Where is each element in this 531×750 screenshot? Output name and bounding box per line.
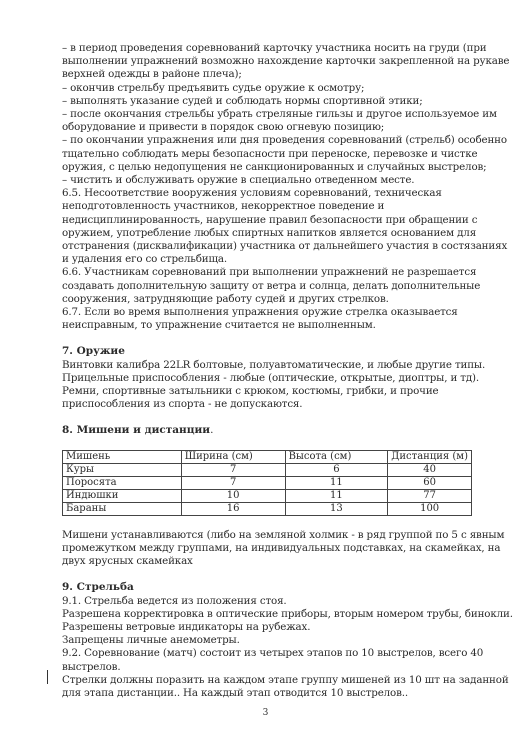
text-line: Прицельные приспособления - любые (оптич… [62,372,482,385]
text-line: – выполнять указание судей и соблюдать н… [62,95,482,108]
text-line: Стрелки должны поразить на каждом этапе … [62,674,482,687]
text-line: Винтовки калибра 22LR болтовые, полуавто… [62,359,482,372]
text-line: двух ярусных скамейках [62,555,482,568]
table-header-cell: Дистанция (м) [388,450,472,463]
table-cell: 10 [181,489,285,502]
section-8-heading-suffix: . [210,424,213,436]
text-line: 6.5. Несоответствие вооружения условиям … [62,187,482,200]
text-line: 9.2. Соревнование (матч) состоит из четы… [62,647,482,660]
table-row: Поросята71160 [63,476,472,489]
text-line: тщательно соблюдать меры безопасности пр… [62,148,482,161]
text-line: верхней одежды в районе плеча); [62,68,482,81]
text-line: отстранения (дисквалификации) участника … [62,240,482,253]
text-line: 6.7. Если во время выполнения упражнения… [62,306,482,319]
text-line: Ремни, спортивные затыльники с крюком, к… [62,385,482,398]
section-8-body: Мишени устанавливаются (либо на земляной… [62,529,482,569]
text-line: Разрешены ветровые индикаторы на рубежах… [62,621,482,634]
table-cell: 77 [388,489,472,502]
text-line: 9.1. Стрельба ведется из положения стоя. [62,595,482,608]
table-cell: 11 [285,476,388,489]
table-cell: 11 [285,489,388,502]
targets-table: МишеньШирина (см)Высота (см)Дистанция (м… [62,450,472,516]
table-cell: Бараны [63,502,182,515]
table-header-cell: Высота (см) [285,450,388,463]
text-line: Мишени устанавливаются (либо на земляной… [62,529,482,542]
table-cell: Поросята [63,476,182,489]
text-line: выполнении упражнений возможно нахождени… [62,55,482,68]
text-line: неисправным, то упражнение считается не … [62,319,482,332]
section-7-body: Винтовки калибра 22LR болтовые, полуавто… [62,359,482,412]
text-line: и удаления его со стрельбища. [62,253,482,266]
text-line: создавать дополнительную защиту от ветра… [62,280,482,293]
table-cell: 6 [285,463,388,476]
document-page: – в период проведения соревнований карто… [62,42,482,700]
text-line: для этапа дистанции.. На каждый этап отв… [62,687,482,700]
text-line: сооружения, затрудняющие работу судей и … [62,293,482,306]
table-row: Бараны1613100 [63,502,472,515]
table-cell: 40 [388,463,472,476]
rules-paragraphs: – в период проведения соревнований карто… [62,42,482,332]
section-9-body: 9.1. Стрельба ведется из положения стоя.… [62,595,482,701]
text-line: оборудование и привести в порядок свою о… [62,121,482,134]
section-9-heading: 9. Стрельба [62,581,482,594]
section-7-heading: 7. Оружие [62,345,482,358]
table-row: Куры7640 [63,463,472,476]
text-line: приспособления из спорта - не допускаютс… [62,398,482,411]
table-cell: 7 [181,476,285,489]
table-cell: 16 [181,502,285,515]
table-cell: Куры [63,463,182,476]
text-line: – после окончания стрельбы убрать стреля… [62,108,482,121]
text-line: Запрещены личные анемометры. [62,634,482,647]
text-line: 6.6. Участникам соревнований при выполне… [62,266,482,279]
table-header-row: МишеньШирина (см)Высота (см)Дистанция (м… [63,450,472,463]
text-line: оружия, с целью недопущения не санкциони… [62,161,482,174]
table-row: Индюшки101177 [63,489,472,502]
text-line: – чистить и обслуживать оружие в специал… [62,174,482,187]
text-line: – в период проведения соревнований карто… [62,42,482,55]
text-line: оружием, употребление любых спиртных нап… [62,227,482,240]
text-line: промежутком между группами, на индивидуа… [62,542,482,555]
text-line: – окончив стрельбу предъявить судье оруж… [62,82,482,95]
text-line: недисциплинированность, нарушение правил… [62,214,482,227]
table-cell: Индюшки [63,489,182,502]
table-cell: 60 [388,476,472,489]
table-header-cell: Ширина (см) [181,450,285,463]
text-line: выстрелов. [62,661,482,674]
text-cursor-mark [47,670,48,684]
section-8-heading: 8. Мишени и дистанции. [62,424,482,437]
table-cell: 13 [285,502,388,515]
table-header-cell: Мишень [63,450,182,463]
text-line: неподготовленность участников, некоррект… [62,200,482,213]
section-8-heading-text: 8. Мишени и дистанции [62,424,210,436]
table-cell: 100 [388,502,472,515]
table-cell: 7 [181,463,285,476]
page-number: 3 [0,708,531,718]
text-line: Разрешена корректировка в оптические при… [62,608,482,621]
text-line: – по окончании упражнения или дня провед… [62,134,482,147]
